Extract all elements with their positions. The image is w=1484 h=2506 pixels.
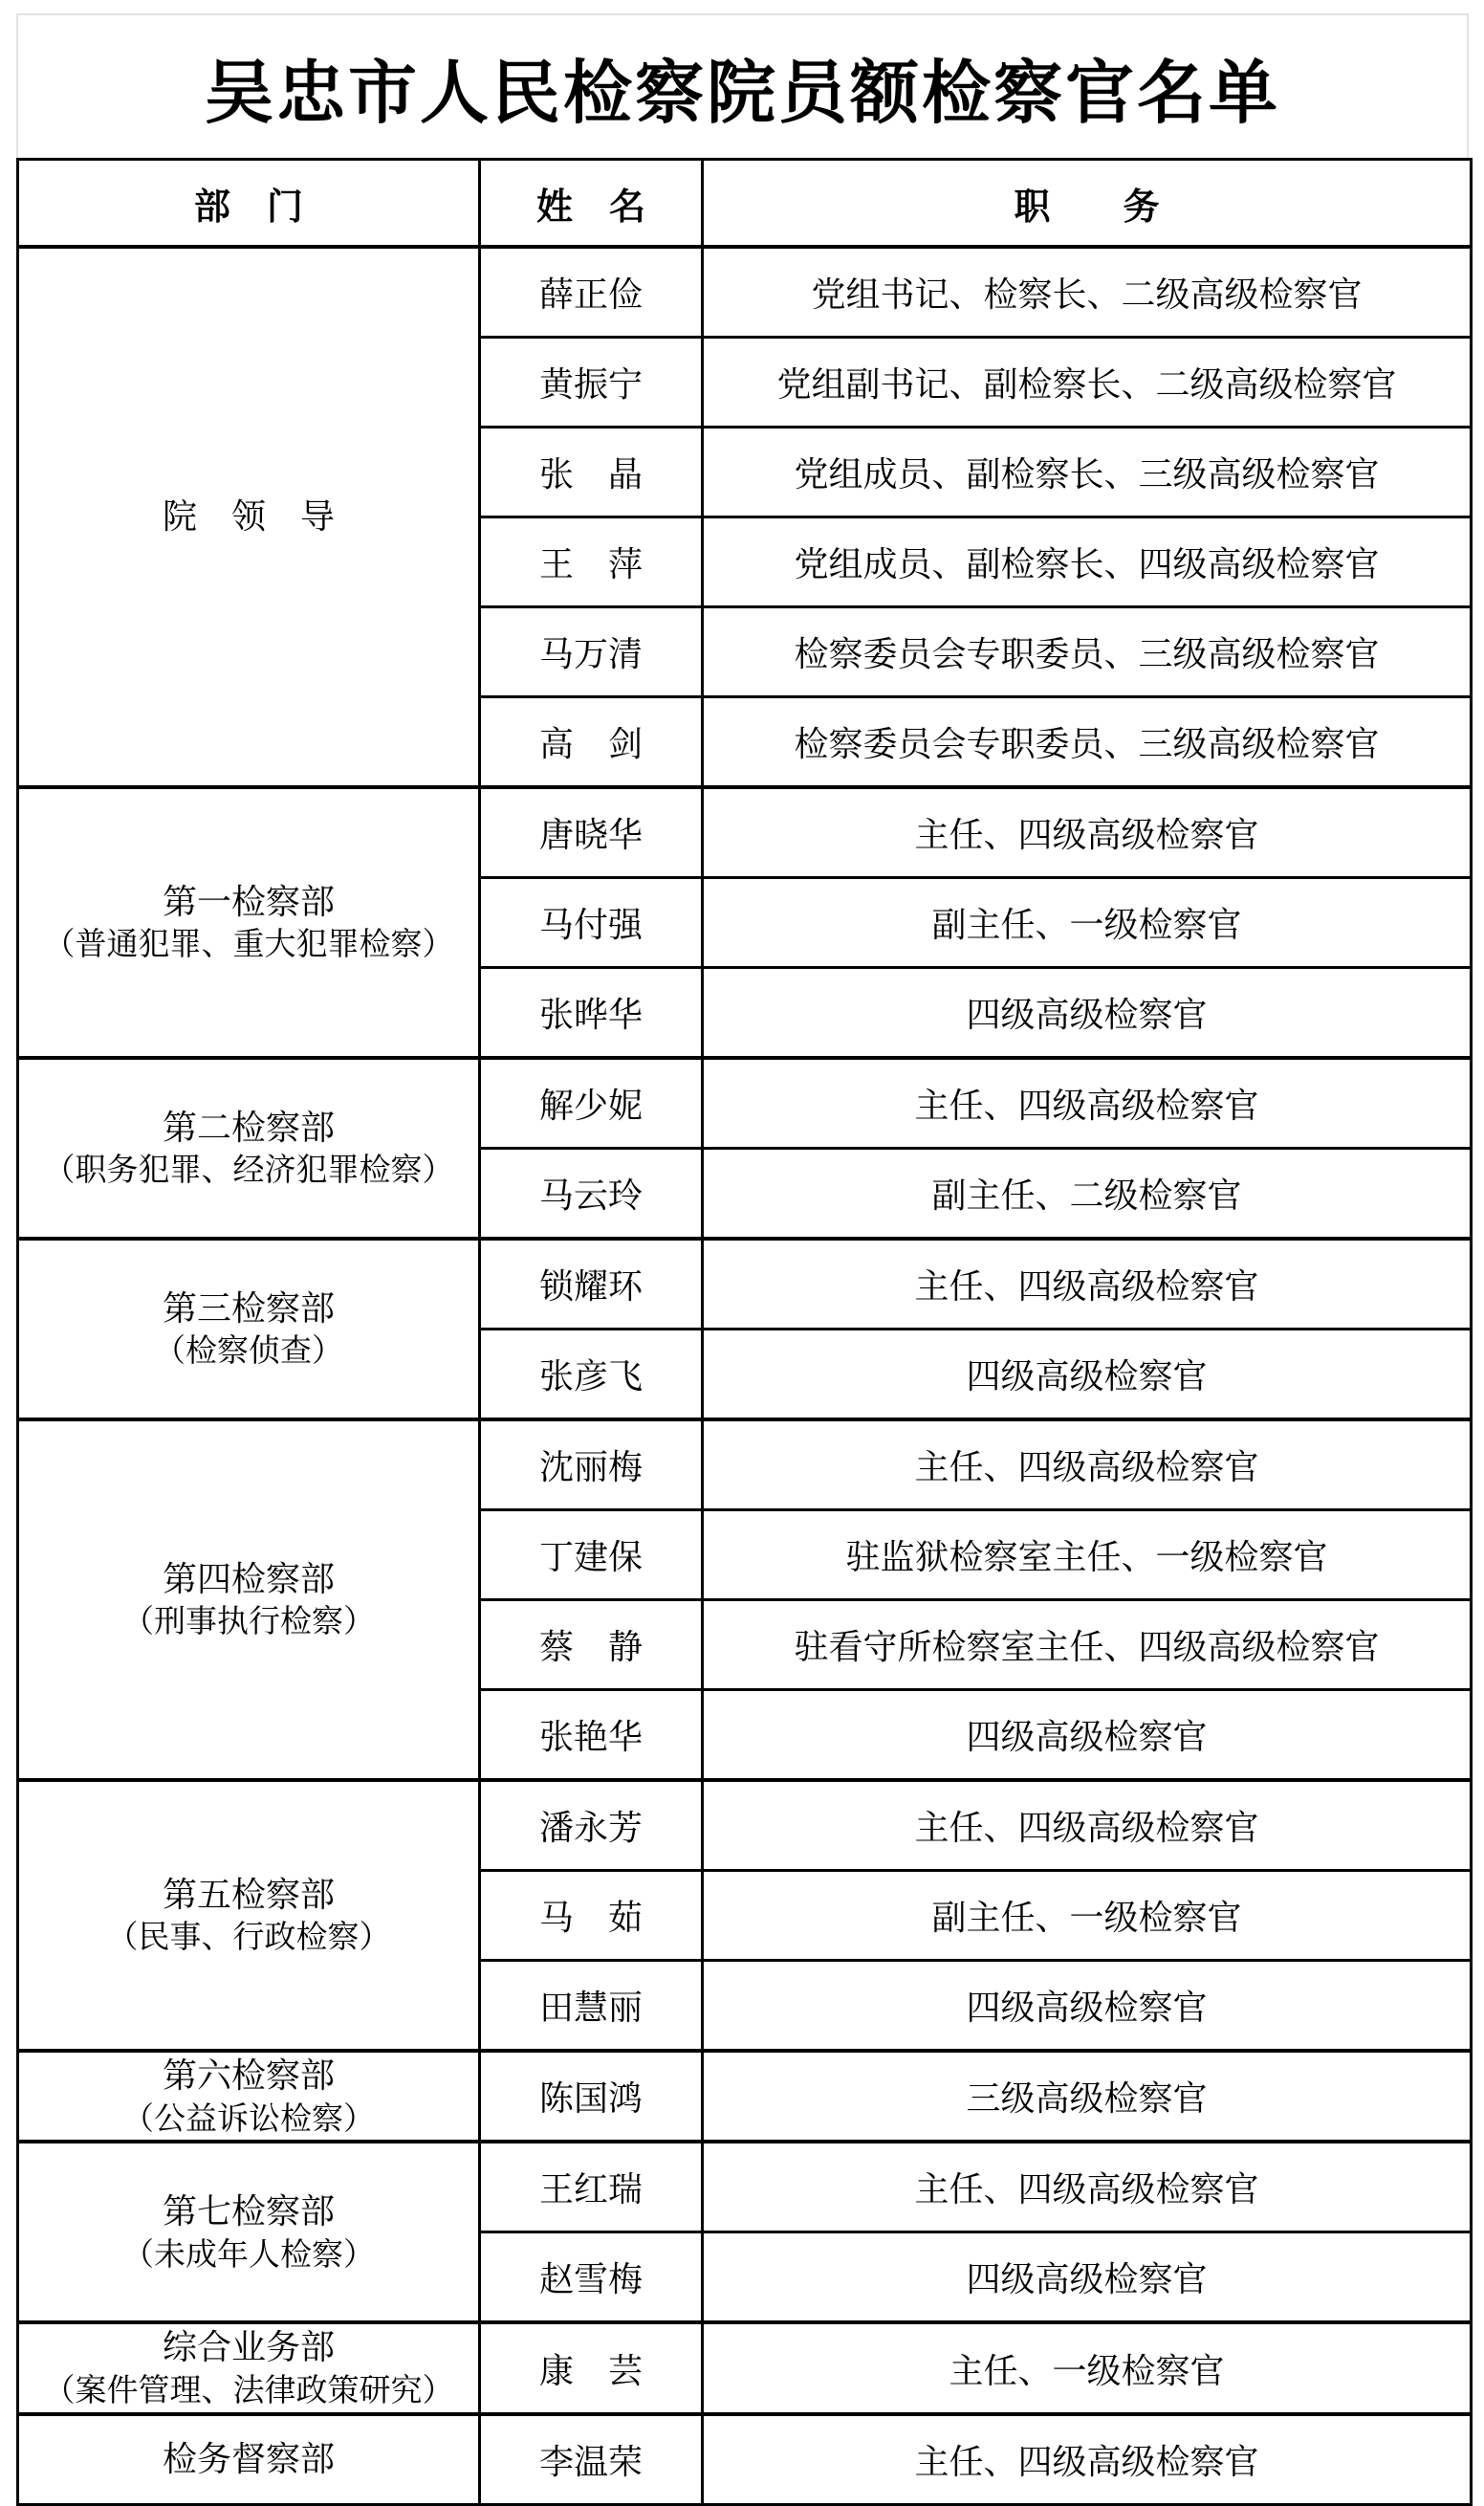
prosecutor-position: 三级高级检察官	[703, 2051, 1472, 2142]
department-cell: 院 领 导	[18, 247, 480, 787]
department-name: 第一检察部	[25, 879, 472, 926]
department-cell: 第二检察部（职务犯罪、经济犯罪检察）	[18, 1058, 480, 1239]
prosecutor-position: 驻看守所检察室主任、四级高级检察官	[703, 1600, 1472, 1690]
prosecutor-position: 党组成员、副检察长、四级高级检察官	[703, 517, 1472, 607]
document-sheet: 吴忠市人民检察院员额检察官名单 部 门 姓 名 职 务 院 领 导薛正俭党组书记…	[0, 0, 1484, 2452]
prosecutor-name: 沈丽梅	[480, 1419, 703, 1510]
title-box: 吴忠市人民检察院员额检察官名单	[16, 13, 1469, 158]
prosecutor-position: 主任、四级高级检察官	[703, 1239, 1472, 1330]
prosecutor-name: 唐晓华	[480, 787, 703, 878]
department-name: 第四检察部	[25, 1556, 472, 1603]
department-scope: （未成年人检察）	[25, 2235, 472, 2276]
prosecutor-name: 王红瑞	[480, 2142, 703, 2232]
header-row: 部 门 姓 名 职 务	[18, 160, 1472, 248]
table-body: 院 领 导薛正俭党组书记、检察长、二级高级检察官黄振宁党组副书记、副检察长、二级…	[18, 247, 1472, 2504]
prosecutor-name: 张彦飞	[480, 1330, 703, 1420]
table-row: 第三检察部（检察侦查）锁耀环主任、四级高级检察官	[18, 1239, 1472, 1330]
prosecutor-name: 丁建保	[480, 1510, 703, 1600]
table-row: 综合业务部（案件管理、法律政策研究）康 芸主任、一级检察官	[18, 2322, 1472, 2413]
prosecutor-position: 四级高级检察官	[703, 1330, 1472, 1420]
prosecutor-position: 主任、四级高级检察官	[703, 1780, 1472, 1871]
prosecutor-position: 主任、四级高级检察官	[703, 2414, 1472, 2505]
header-name: 姓 名	[480, 160, 703, 248]
department-scope: （检察侦查）	[25, 1331, 472, 1373]
department-name: 院 领 导	[25, 494, 472, 540]
department-cell: 检务督察部	[18, 2414, 480, 2505]
department-cell: 第七检察部（未成年人检察）	[18, 2142, 480, 2322]
prosecutor-name: 薛正俭	[480, 247, 703, 338]
department-cell: 第六检察部（公益诉讼检察）	[18, 2051, 480, 2142]
prosecutor-name: 黄振宁	[480, 338, 703, 428]
prosecutor-name: 马云玲	[480, 1149, 703, 1240]
prosecutor-position: 驻监狱检察室主任、一级检察官	[703, 1510, 1472, 1600]
prosecutor-name: 赵雪梅	[480, 2232, 703, 2323]
prosecutor-name: 蔡 静	[480, 1600, 703, 1690]
department-cell: 第四检察部（刑事执行检察）	[18, 1419, 480, 1780]
prosecutor-name: 马付强	[480, 878, 703, 968]
department-name: 综合业务部	[25, 2324, 472, 2371]
prosecutor-position: 主任、四级高级检察官	[703, 2142, 1472, 2232]
prosecutor-name: 张艳华	[480, 1690, 703, 1781]
prosecutor-position: 党组书记、检察长、二级高级检察官	[703, 247, 1472, 338]
prosecutor-name: 高 剑	[480, 697, 703, 788]
prosecutor-position: 检察委员会专职委员、三级高级检察官	[703, 607, 1472, 697]
department-name: 第七检察部	[25, 2188, 472, 2235]
table-row: 第五检察部（民事、行政检察）潘永芳主任、四级高级检察官	[18, 1780, 1472, 1871]
table-row: 院 领 导薛正俭党组书记、检察长、二级高级检察官	[18, 247, 1472, 338]
table-row: 第二检察部（职务犯罪、经济犯罪检察）解少妮主任、四级高级检察官	[18, 1058, 1472, 1149]
prosecutor-name: 马万清	[480, 607, 703, 697]
prosecutor-position: 四级高级检察官	[703, 2232, 1472, 2323]
department-scope: （公益诉讼检察）	[25, 2099, 472, 2141]
department-name: 第六检察部	[25, 2053, 472, 2099]
table-row: 检务督察部李温荣主任、四级高级检察官	[18, 2414, 1472, 2505]
department-cell: 综合业务部（案件管理、法律政策研究）	[18, 2322, 480, 2413]
prosecutor-position: 四级高级检察官	[703, 1690, 1472, 1781]
prosecutor-position: 主任、四级高级检察官	[703, 1419, 1472, 1510]
prosecutor-position: 党组副书记、副检察长、二级高级检察官	[703, 338, 1472, 428]
department-scope: （刑事执行检察）	[25, 1602, 472, 1643]
prosecutor-position: 主任、四级高级检察官	[703, 787, 1472, 878]
prosecutor-name: 陈国鸿	[480, 2051, 703, 2142]
page-title: 吴忠市人民检察院员额检察官名单	[205, 37, 1280, 137]
prosecutor-position: 党组成员、副检察长、三级高级检察官	[703, 428, 1472, 517]
prosecutor-position: 主任、一级检察官	[703, 2322, 1472, 2413]
prosecutor-position: 主任、四级高级检察官	[703, 1058, 1472, 1149]
header-position: 职 务	[703, 160, 1472, 248]
prosecutor-name: 王 萍	[480, 517, 703, 607]
prosecutor-name: 康 芸	[480, 2322, 703, 2413]
department-cell: 第五检察部（民事、行政检察）	[18, 1780, 480, 2051]
prosecutor-name: 田慧丽	[480, 1961, 703, 2052]
department-name: 第五检察部	[25, 1872, 472, 1919]
department-name: 第三检察部	[25, 1286, 472, 1332]
prosecutor-roster-table: 部 门 姓 名 职 务 院 领 导薛正俭党组书记、检察长、二级高级检察官黄振宁党…	[16, 158, 1473, 2506]
prosecutor-name: 张 晶	[480, 428, 703, 517]
table-row: 第七检察部（未成年人检察）王红瑞主任、四级高级检察官	[18, 2142, 1472, 2232]
department-cell: 第一检察部（普通犯罪、重大犯罪检察）	[18, 787, 480, 1058]
prosecutor-position: 四级高级检察官	[703, 968, 1472, 1059]
table-row: 第四检察部（刑事执行检察）沈丽梅主任、四级高级检察官	[18, 1419, 1472, 1510]
prosecutor-name: 解少妮	[480, 1058, 703, 1149]
department-scope: （案件管理、法律政策研究）	[25, 2371, 472, 2412]
department-name: 第二检察部	[25, 1105, 472, 1152]
prosecutor-name: 潘永芳	[480, 1780, 703, 1871]
department-scope: （职务犯罪、经济犯罪检察）	[25, 1151, 472, 1192]
table-row: 第六检察部（公益诉讼检察）陈国鸿三级高级检察官	[18, 2051, 1472, 2142]
prosecutor-name: 李温荣	[480, 2414, 703, 2505]
prosecutor-position: 检察委员会专职委员、三级高级检察官	[703, 697, 1472, 788]
prosecutor-position: 四级高级检察官	[703, 1961, 1472, 2052]
department-scope: （普通犯罪、重大犯罪检察）	[25, 925, 472, 966]
department-name: 检务督察部	[25, 2436, 472, 2483]
prosecutor-position: 副主任、一级检察官	[703, 1871, 1472, 1961]
header-department: 部 门	[18, 160, 480, 248]
department-scope: （民事、行政检察）	[25, 1918, 472, 1959]
table-row: 第一检察部（普通犯罪、重大犯罪检察）唐晓华主任、四级高级检察官	[18, 787, 1472, 878]
prosecutor-name: 张晔华	[480, 968, 703, 1059]
prosecutor-position: 副主任、一级检察官	[703, 878, 1472, 968]
prosecutor-position: 副主任、二级检察官	[703, 1149, 1472, 1240]
prosecutor-name: 马 茹	[480, 1871, 703, 1961]
department-cell: 第三检察部（检察侦查）	[18, 1239, 480, 1419]
prosecutor-name: 锁耀环	[480, 1239, 703, 1330]
